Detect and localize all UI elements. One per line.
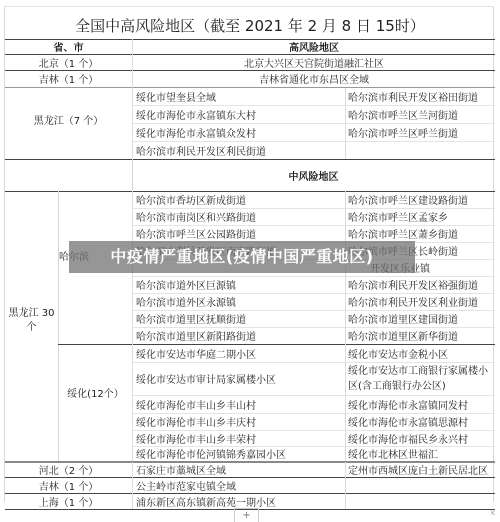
area-cell: 哈尔滨市利民开发区利民街道: [132, 141, 345, 159]
area-cell: 绥化市北林区世福汇: [345, 446, 495, 461]
medium-risk-header-row: 中风险地区: [5, 159, 495, 191]
area-cell: 浦东新区高东镇新高苑一期小区: [132, 493, 345, 509]
table-row: 绥化市海伦市永富镇东大村 哈尔滨市呼兰区兰河街道: [5, 105, 495, 123]
header-row: 省、市 高风险地区: [5, 39, 495, 54]
area-cell: 哈尔滨市道里区抚顺街道: [132, 310, 345, 327]
table-row: 绥化市海伦市丰山乡丰山村 绥化市海伦市永富镇同发村: [5, 395, 495, 413]
table-row: 绥化市安达市华庭二期小区 绥化市安达市金税小区: [5, 344, 495, 362]
area-cell: 北京大兴区天宫院街道融汇社区: [132, 54, 495, 70]
area-cell: 绥化市安达市金税小区: [345, 344, 495, 362]
area-cell: 公主岭市范家屯镇全域: [132, 477, 345, 493]
add-sheet-button[interactable]: +: [234, 508, 259, 522]
area-cell: 绥化市安达市华庭二期小区: [132, 344, 345, 362]
area-cell: 哈尔滨市道里区新华街道: [345, 327, 495, 344]
area-cell: 绥化市海伦市丰山乡丰庆村: [132, 413, 345, 430]
area-cell: 绥化市海伦市丰山乡丰荣村: [132, 430, 345, 446]
area-text-line2: 区(含工商银行办公区): [348, 379, 446, 394]
table-row: 绥化市海伦市丰山乡丰荣村 绥化市海伦市福民乡永兴村: [5, 430, 495, 446]
table-row: 哈尔滨市南岗区和兴路街道 哈尔滨市呼兰区孟家乡: [5, 208, 495, 225]
table-row: 绥化市海伦市永富镇众发村 哈尔滨市呼兰区呼兰街道: [5, 123, 495, 141]
table-row: 吉林（1 个） 公主岭市范家屯镇全域: [5, 477, 495, 493]
table-row: 哈尔滨市香坊区新成街道 哈尔滨市呼兰区建设路街道: [5, 191, 495, 208]
province-cell: 河北（2 个）: [5, 462, 132, 477]
area-cell: 哈尔滨市道外区永源镇: [132, 293, 345, 310]
area-cell: 哈尔滨市香坊区新成街道: [132, 191, 345, 208]
area-cell: 吉林省通化市东昌区全域: [132, 70, 495, 87]
table-row: 吉林（1 个） 吉林省通化市东昌区全域: [5, 70, 495, 87]
area-cell: 绥化市安达市工商银行家属楼小 区(含工商银行办公区): [345, 362, 495, 395]
area-cell: 绥化市安达市审计局家属楼小区: [132, 362, 345, 395]
table-row: 河北（2 个） 石家庄市藁城区全域 定州市西城区庞白土新民居北区: [5, 462, 495, 477]
province-cell: 吉林（1 个）: [5, 70, 132, 87]
table-row: 哈尔滨市道里区新阳路街道 哈尔滨市道里区新华街道: [5, 327, 495, 344]
area-text-line1: 绥化市安达市工商银行家属楼小: [348, 364, 488, 379]
table-row: 上海（1 个） 浦东新区高东镇新高苑一期小区: [5, 493, 495, 509]
medium-risk-header: 中风险地区: [132, 159, 495, 191]
table-row: 哈尔滨市道外区巨源镇 哈尔滨市利民开发区裕强街道: [5, 276, 495, 293]
table-row: 哈尔滨市利民开发区利民街道: [5, 141, 495, 159]
table-row: 北京（1 个） 北京大兴区天宫院街道融汇社区: [5, 54, 495, 70]
area-cell: 哈尔滨市呼兰区建设路街道: [345, 191, 495, 208]
corner-mark: K: [491, 510, 495, 517]
area-cell: 绥化市海伦市永富镇东大村: [132, 105, 345, 123]
area-cell: 哈尔滨市道里区建国街道: [345, 310, 495, 327]
table-row: 绥化市安达市审计局家属楼小区 绥化市安达市工商银行家属楼小 区(含工商银行办公区…: [5, 362, 495, 395]
area-cell: [345, 141, 495, 159]
area-cell: 哈尔滨市利民开发区裕田街道: [345, 88, 495, 105]
high-risk-col-header: 高风险地区: [132, 39, 495, 54]
area-cell: 石家庄市藁城区全域: [132, 462, 345, 477]
area-cell: 绥化市望奎县全域: [132, 88, 345, 105]
watermark-banner: 中疫情严重地区(疫情中国严重地区): [69, 241, 415, 273]
area-cell: 哈尔滨市利民开发区利业街道: [345, 293, 495, 310]
area-cell: 绥化市海伦市永富镇思源村: [345, 413, 495, 430]
area-cell: 绥化市海伦市永富镇众发村: [132, 123, 345, 141]
table-row: 绥化市望奎县全域 哈尔滨市利民开发区裕田街道: [5, 88, 495, 105]
area-cell: 哈尔滨市呼兰区孟家乡: [345, 208, 495, 225]
area-cell: 哈尔滨市呼兰区兰河街道: [345, 105, 495, 123]
area-cell: 哈尔滨市呼兰区呼兰街道: [345, 123, 495, 141]
province-cell: 吉林（1 个）: [5, 477, 132, 493]
table-row: 绥化市海伦市丰山乡丰庆村 绥化市海伦市永富镇思源村: [5, 413, 495, 430]
area-cell: [345, 493, 495, 509]
area-cell: 绥化市海伦市永富镇同发村: [345, 395, 495, 413]
table-row: 哈尔滨市道外区永源镇 哈尔滨市利民开发区利业街道: [5, 293, 495, 310]
province-cell: 上海（1 个）: [5, 493, 132, 509]
area-cell: [345, 477, 495, 493]
table-row: 绥化市海伦市伦河镇锦秀嘉园小区 绥化市北林区世福汇: [5, 446, 495, 461]
area-cell: 哈尔滨市道里区新阳路街道: [132, 327, 345, 344]
area-cell: 哈尔滨市呼兰区公园路街道: [132, 225, 345, 242]
area-cell: 哈尔滨市道外区巨源镇: [132, 276, 345, 293]
area-cell: 哈尔滨市利民开发区裕强街道: [345, 276, 495, 293]
area-cell: 绥化市海伦市伦河镇锦秀嘉园小区: [132, 446, 345, 461]
area-cell: 绥化市海伦市福民乡永兴村: [345, 430, 495, 446]
table-row: 哈尔滨市道里区抚顺街道 哈尔滨市道里区建国街道: [5, 310, 495, 327]
area-cell: 定州市西城区庞白土新民居北区: [345, 462, 495, 477]
area-cell: 绥化市海伦市丰山乡丰山村: [132, 395, 345, 413]
table-row: 哈尔滨市呼兰区公园路街道 哈尔滨市呼兰区萧乡街道: [5, 225, 495, 242]
area-cell: 哈尔滨市南岗区和兴路街道: [132, 208, 345, 225]
area-cell: 哈尔滨市呼兰区萧乡街道: [345, 225, 495, 242]
province-col-header: 省、市: [5, 39, 132, 54]
table-title: 全国中高风险地区（截至 2021 年 2 月 8 日 15时）: [5, 7, 495, 39]
province-cell: 北京（1 个）: [5, 54, 132, 70]
